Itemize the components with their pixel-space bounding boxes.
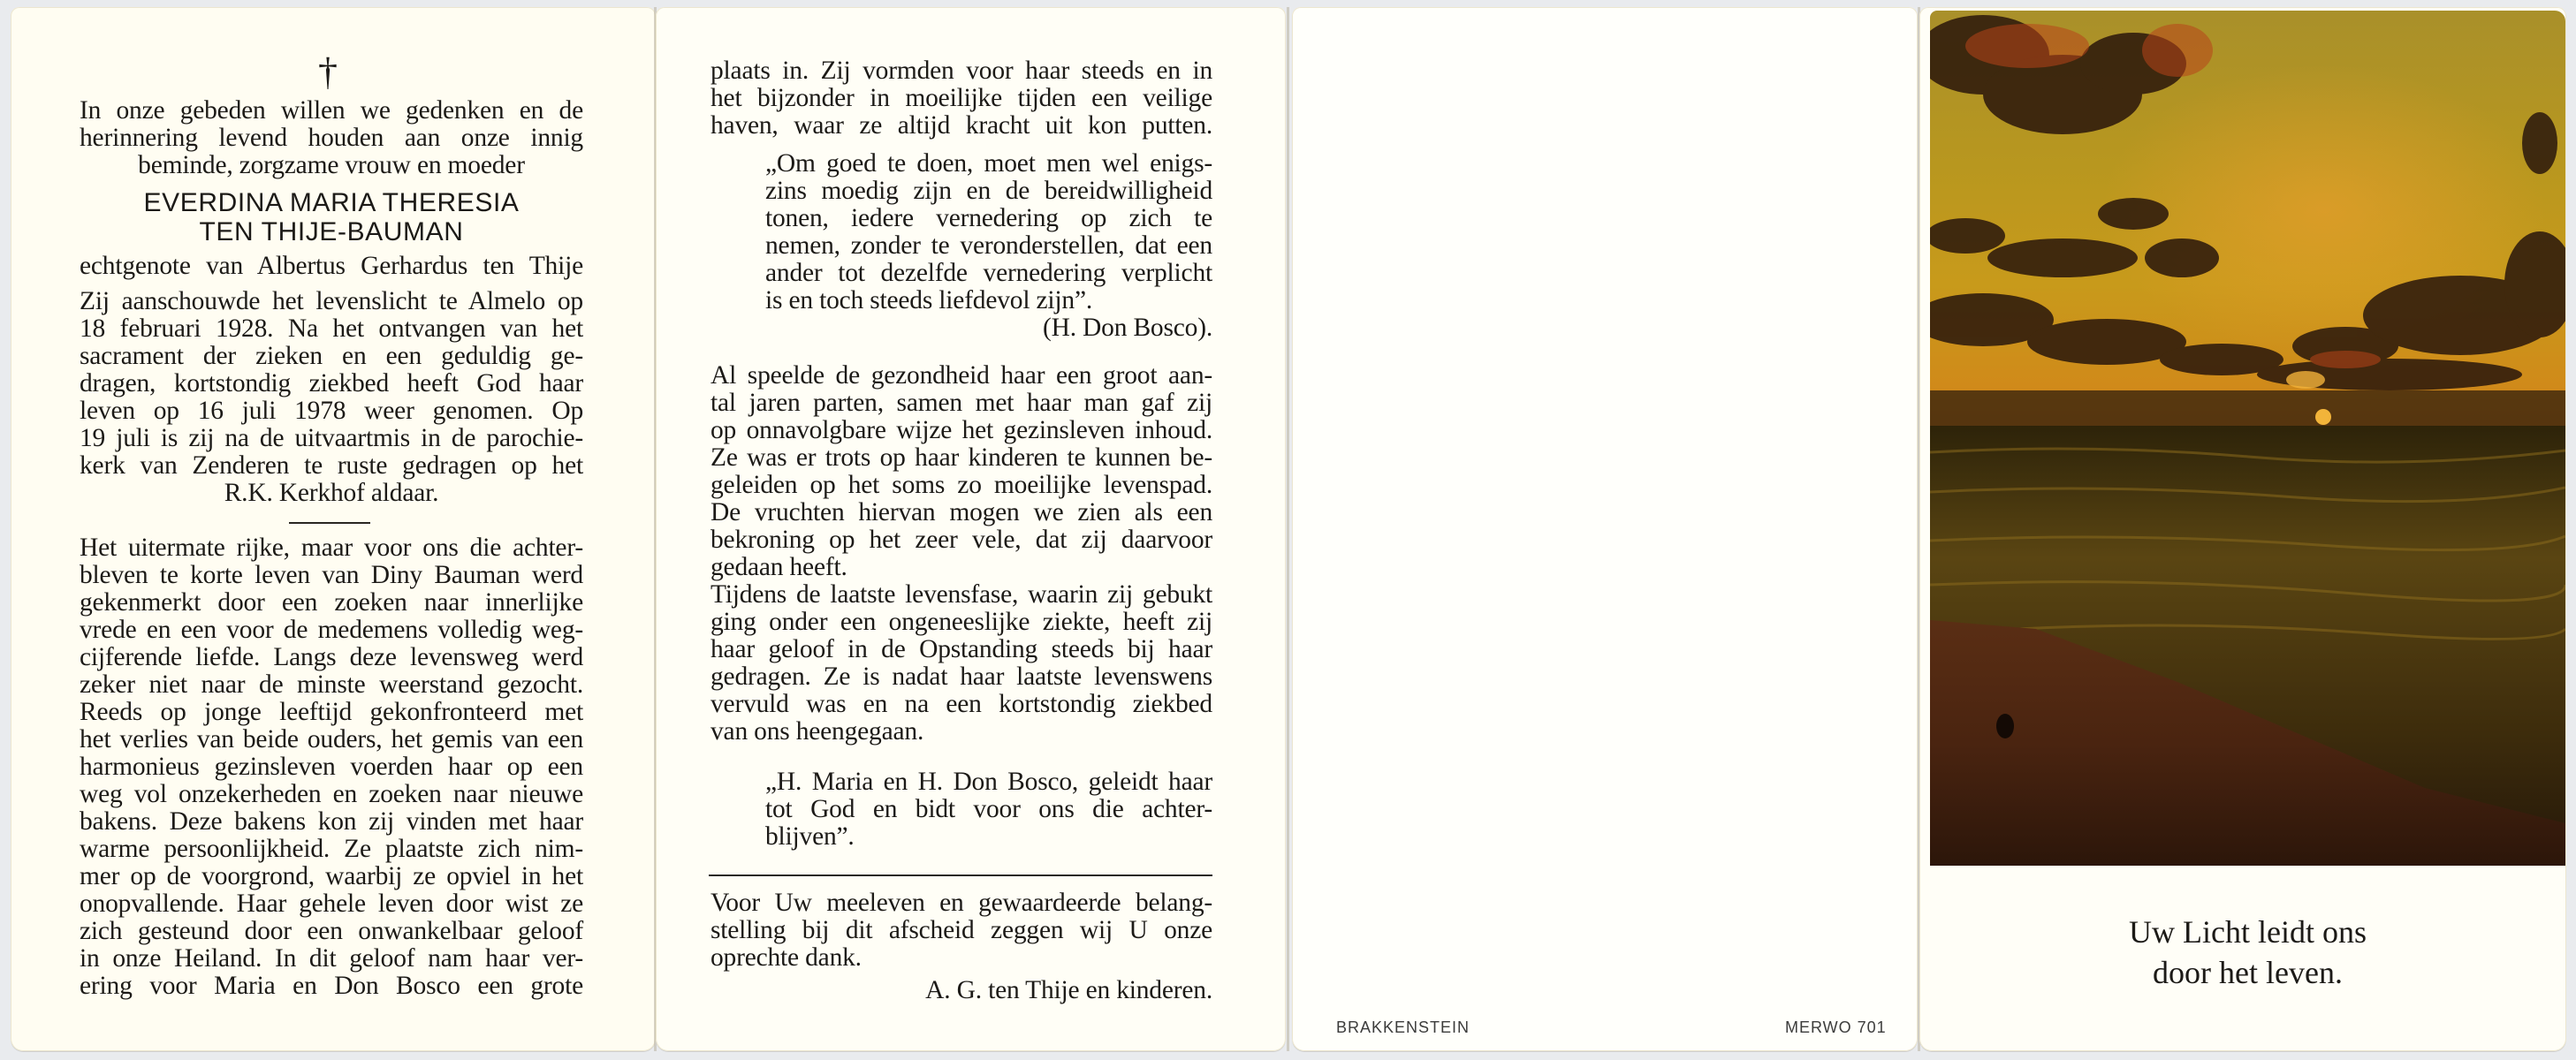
- intro-paragraph: In onze gebeden willen we gedenken en de…: [80, 97, 583, 179]
- section-divider: [709, 874, 1212, 876]
- life-tribute-paragraph: Het uitermate rijke, maar voor ons die a…: [80, 534, 583, 1000]
- deceased-name: EVERDINA MARIA THERESIA TEN THIJE-BAUMAN: [80, 188, 583, 246]
- sunset-sea-photo: [1930, 11, 2565, 866]
- prayer-quote: „H. Maria en H. Don Bosco, geleidt haar …: [765, 768, 1212, 851]
- don-bosco-quote: „Om goed te doen, moet men wel enigs- zi…: [765, 150, 1212, 342]
- cross-icon: †: [318, 53, 338, 92]
- health-paragraph: Al speelde de gezondheid haar een groot …: [710, 362, 1212, 746]
- cover-motto: Uw Licht leidt ons door het leven.: [1930, 912, 2565, 993]
- product-code-label: MERWO 701: [1785, 1018, 1887, 1037]
- quote-attribution: (H. Don Bosco).: [765, 314, 1212, 342]
- signature: A. G. ten Thije en kinderen.: [710, 977, 1212, 1004]
- fold-line: [1287, 7, 1289, 1051]
- sunset-illustration: [1930, 11, 2565, 866]
- biography-paragraph: Zij aanschouwde het levenslicht te Almel…: [80, 288, 583, 507]
- card-panel-blank-back: [1292, 7, 1918, 1051]
- thanks-paragraph: Voor Uw meeleven en gewaardeerde belang-…: [710, 890, 1212, 1004]
- spouse-line: echtgenote van Albertus Gerhardus ten Th…: [80, 253, 583, 280]
- continuation-paragraph: plaats in. Zij vormden voor haar steeds …: [710, 57, 1212, 140]
- publisher-label: BRAKKENSTEIN: [1336, 1018, 1470, 1037]
- section-divider: [289, 522, 370, 524]
